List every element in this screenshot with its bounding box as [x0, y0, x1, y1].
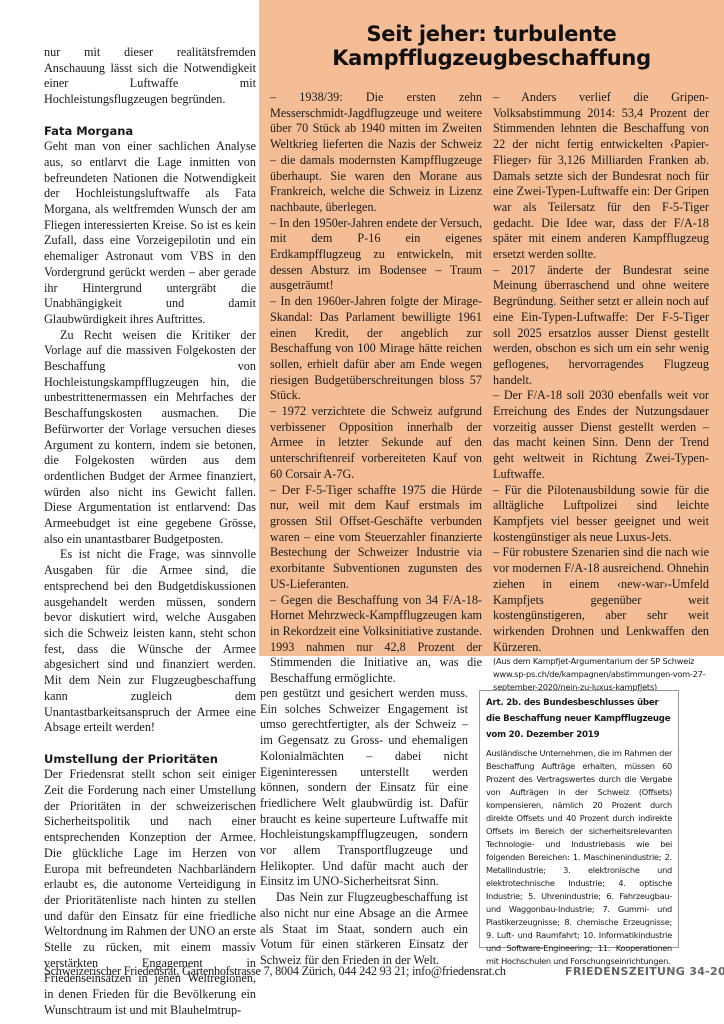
paragraph: pen gestützt und gesichert werden muss. …: [260, 686, 468, 890]
info-box-title: Art. 2b. des Bundesbeschlusses über die …: [486, 695, 672, 743]
timeline-item: – 1972 verzichtete die Schweiz aufgrund …: [270, 404, 482, 483]
timeline-item: – Der F/A-18 soll 2030 ebenfalls weit vo…: [493, 388, 709, 482]
timeline-item: – Für die Pilotenausbildung sowie für di…: [493, 483, 709, 546]
paragraph: nur mit dieser realitätsfremden Anschauu…: [44, 45, 256, 108]
sidebar-title: Seit jeher: turbulente Kampfflugzeugbesc…: [259, 22, 724, 70]
paragraph: Das Nein zur Flugzeugbeschaffung ist als…: [260, 890, 468, 969]
left-column: nur mit dieser realitätsfremden Anschauu…: [44, 45, 256, 1019]
info-box-body: Ausländische Unternehmen, die im Rahmen …: [486, 747, 672, 968]
paragraph: Zu Recht weisen die Kritiker der Vorlage…: [44, 328, 256, 548]
sidebar-column-2: – Anders verlief die Gripen-Volksabstimm…: [493, 90, 709, 694]
timeline-item: – Anders verlief die Gripen-Volksabstimm…: [493, 90, 709, 263]
footer-brand: FRIEDENSZEITUNG 34-20: [565, 965, 724, 978]
paragraph: Es ist nicht die Frage, was sinnvolle Au…: [44, 547, 256, 735]
sidebar-box: Seit jeher: turbulente Kampfflugzeugbesc…: [259, 0, 724, 656]
paragraph: Geht man von einer sachlichen Analyse au…: [44, 139, 256, 327]
timeline-item: – Der F-5-Tiger schaffte 1975 die Hürde …: [270, 483, 482, 593]
timeline-item: – 2017 änderte der Bundesrat seine Meinu…: [493, 263, 709, 389]
paragraph: Der Friedensrat stellt schon seit einige…: [44, 767, 256, 1018]
timeline-item: – 1938/39: Die ersten zehn Messerschmidt…: [270, 90, 482, 216]
section-heading-fata-morgana: Fata Morgana: [44, 124, 256, 140]
sidebar-title-line2: Kampfflugzeugbeschaffung: [259, 46, 724, 70]
page-footer: Schweizerischer Friedensrat, Gartenhofst…: [44, 964, 716, 979]
sidebar-column-1: – 1938/39: Die ersten zehn Messerschmidt…: [270, 90, 482, 687]
timeline-item: – Gegen die Beschaffung von 34 F/A-18-Ho…: [270, 593, 482, 687]
timeline-item: – Für robustere Szenarien sind die nach …: [493, 545, 709, 655]
source-citation: (Aus dem Kampfjet-Argumentarium der SP S…: [493, 655, 709, 694]
timeline-item: – In den 1950er-Jahren endete der Versuc…: [270, 216, 482, 295]
footer-address: Schweizerischer Friedensrat, Gartenhofst…: [44, 964, 506, 978]
info-box: Art. 2b. des Bundesbeschlusses über die …: [479, 690, 679, 948]
middle-column: pen gestützt und gesichert werden muss. …: [260, 686, 468, 969]
timeline-item: – In den 1960er-Jahren folgte der Mirage…: [270, 294, 482, 404]
section-heading-prioritaeten: Umstellung der Prioritäten: [44, 752, 256, 768]
sidebar-title-line1: Seit jeher: turbulente: [259, 22, 724, 46]
